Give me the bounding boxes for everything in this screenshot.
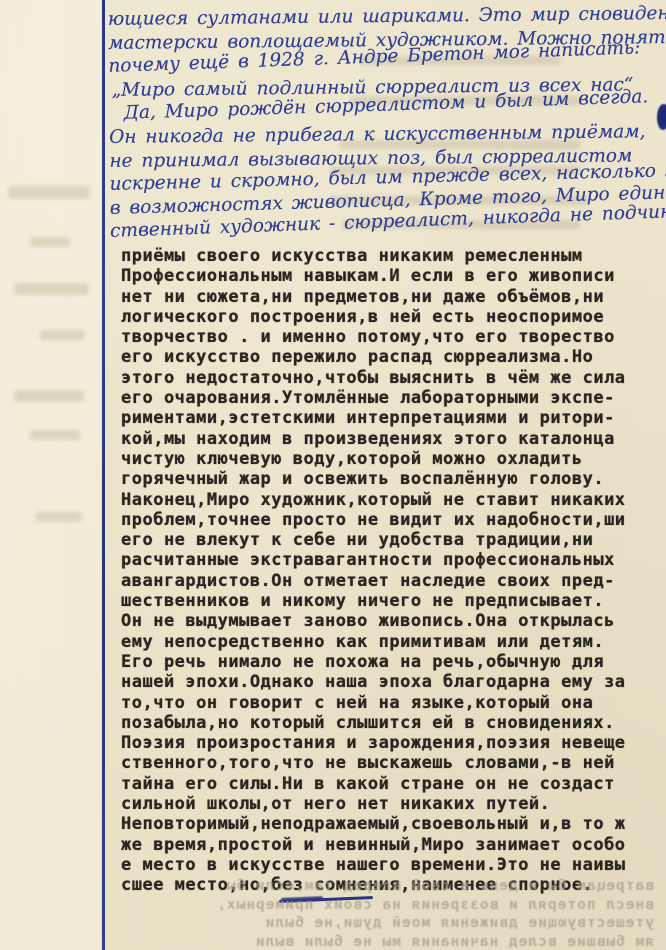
typescript-line: шественников и никому ничего не предписы…: [121, 591, 666, 611]
bleedthrough-mark: [14, 283, 89, 295]
typescript-line: Наконец,Миро художник,который не ставит …: [121, 490, 666, 510]
ink-blot: [657, 104, 666, 130]
typescript-line: Он не выдумывает заново живопись.Она отк…: [121, 611, 666, 631]
typescript-line: е место в искусстве нашего времени.Это н…: [121, 855, 666, 875]
typescript-line: позабыла,но который слышится ей в сновид…: [121, 713, 666, 733]
typescript-line: Поэзия произростания и зарождения,поэзия…: [121, 733, 666, 753]
typescript-line: ственного,того,что не выскажешь словами,…: [121, 753, 666, 773]
typescript-line: нашей эпохи.Однако наша эпоха благодарна…: [121, 672, 666, 692]
typescript-line: горячечный жар и освежить воспалённую го…: [121, 469, 666, 489]
typescript-line: приёмы своего искусства никаким ремеслен…: [121, 246, 666, 266]
typescript-line: риментами,эстетскими интерпретациями и р…: [121, 408, 666, 428]
bleedthrough-line: ям бывшие вслед начинания мы не были выл…: [132, 933, 654, 950]
bleedthrough-mark: [40, 330, 85, 340]
typescript-line: его не влекут к себе ни удобства традици…: [121, 530, 666, 550]
bleedthrough-line: внесл потерял и воззрения на своих приме…: [132, 896, 654, 915]
bleedthrough-line: утешествующие движения моей души,не были: [132, 914, 654, 933]
typescript-line: расчитанные экстравагантности профессион…: [121, 550, 666, 570]
typescript-line: нет ни сюжета,ни предметов,ни даже объём…: [121, 287, 666, 307]
typescript-line: Профессиональным навыкам.И если в его жи…: [121, 266, 666, 286]
typescript-line: то,что он говорит с ней на языке,который…: [121, 693, 666, 713]
bleedthrough-text: ватрецам бы и день в свой вперед там,есл…: [132, 877, 654, 950]
typescript-line: его очарования.Утомлённые лабораторными …: [121, 388, 666, 408]
typescript-line: чистую ключевую воду,которой можно охлад…: [121, 449, 666, 469]
bleedthrough-mark: [36, 512, 82, 522]
typewritten-text: приёмы своего искусства никаким ремеслен…: [121, 246, 666, 896]
typescript-line: Неповторимый,неподражаемый,своевольный и…: [121, 814, 666, 834]
bleedthrough-mark: [8, 186, 90, 199]
typescript-line: логического построения,в ней есть неоспо…: [121, 307, 666, 327]
typescript-line: сильной школы,от него нет никаких путей.: [121, 794, 666, 814]
typescript-line: этого недостаточно,чтобы выяснить в чём …: [121, 368, 666, 388]
bleedthrough-line: ватрецам бы и день в свой вперед там,есл…: [132, 877, 654, 896]
typescript-line: авангардистов.Он отметает наследие своих…: [121, 571, 666, 591]
typescript-line: тайна его силы.Ни в какой стране он не с…: [121, 774, 666, 794]
bleedthrough-mark: [30, 430, 80, 440]
typescript-line: кой,мы находим в произведениях этого кат…: [121, 429, 666, 449]
margin-rule: [102, 0, 105, 950]
typescript-line: Его речь нимало не похожа на речь,обычну…: [121, 652, 666, 672]
typescript-line: творчество . и именно потому,что его тво…: [121, 327, 666, 347]
typescript-line: же время,простой и невинный,Миро занимае…: [121, 835, 666, 855]
typescript-line: проблем,точнее просто не видит их надобн…: [121, 510, 666, 530]
bleedthrough-mark: [30, 237, 70, 247]
handwritten-annotation: ющиеся султанами или шариками. Это мир с…: [108, 2, 666, 244]
scanned-page: ющиеся султанами или шариками. Это мир с…: [0, 0, 666, 950]
typescript-line: ему непосредственно как примитивам или д…: [121, 632, 666, 652]
typescript-line: его искусство пережило распад сюрреализм…: [121, 347, 666, 367]
bleedthrough-mark: [14, 390, 84, 402]
